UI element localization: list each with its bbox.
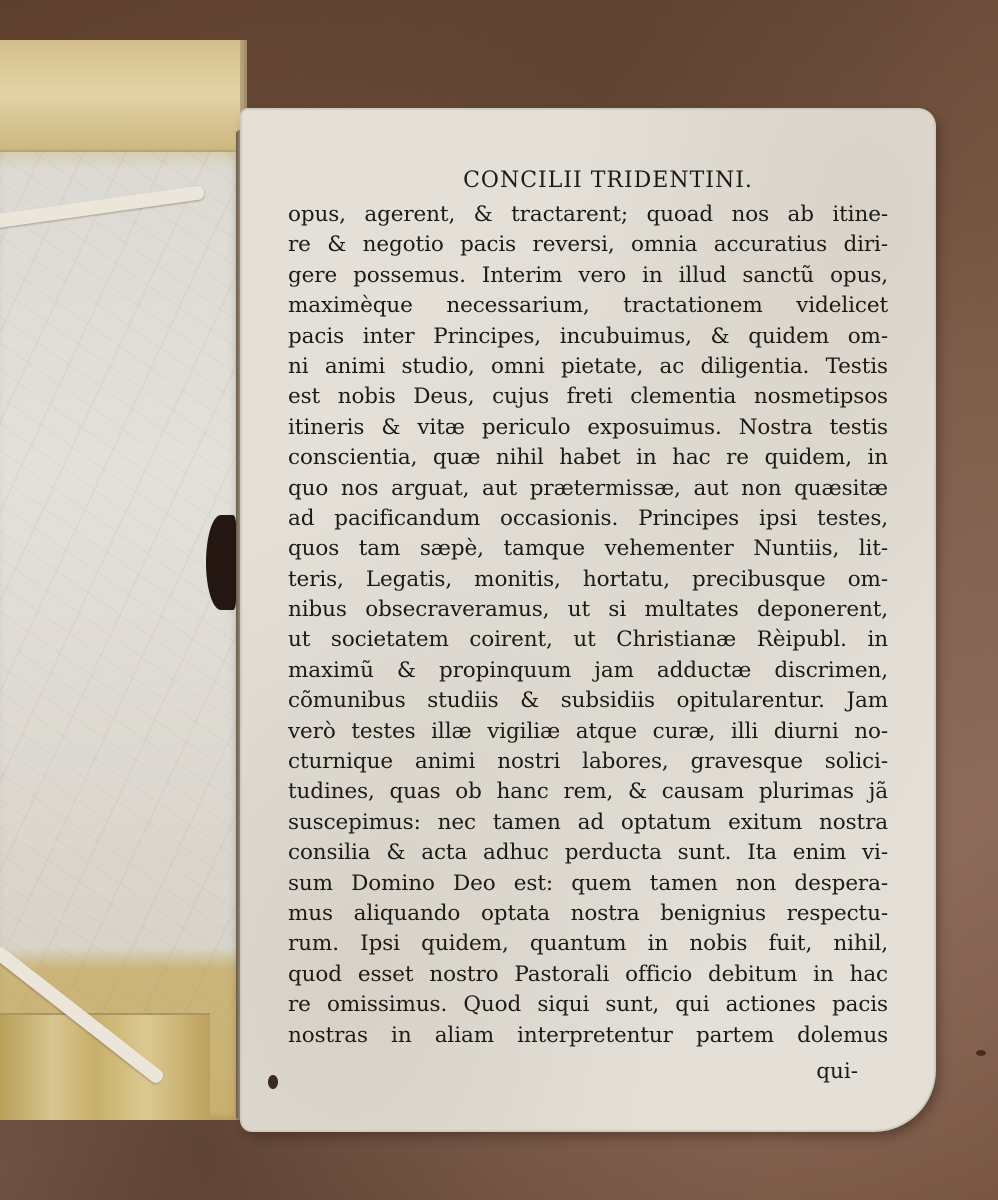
- text-line: maximũ & propinquum jam adductæ discrime…: [288, 656, 888, 686]
- text-block: CONCILII TRIDENTINI. opus, agerent, & tr…: [288, 166, 888, 1087]
- text-line: opus, agerent, & tractarent; quoad nos a…: [288, 200, 888, 230]
- text-line: rum. Ipsi quidem, quantum in nobis fuit,…: [288, 929, 888, 959]
- text-line: ad pacificandum occasionis. Principes ip…: [288, 504, 888, 534]
- text-line: pacis inter Principes, incubuimus, & qui…: [288, 322, 888, 352]
- text-line: maximèque necessarium, tractationem vide…: [288, 291, 888, 321]
- binding-hole: [206, 515, 236, 610]
- text-line: suscepimus: nec tamen ad optatum exitum …: [288, 808, 888, 838]
- text-line: sum Domino Deo est: quem tamen non despe…: [288, 869, 888, 899]
- worm-hole: [268, 1075, 278, 1089]
- text-line: consilia & acta adhuc perducta sunt. Ita…: [288, 838, 888, 868]
- text-line: verò testes illæ vigiliæ atque curæ, ill…: [288, 717, 888, 747]
- text-line: tudines, quas ob hanc rem, & causam plur…: [288, 777, 888, 807]
- text-line: itineris & vitæ periculo exposuimus. Nos…: [288, 413, 888, 443]
- text-line: teris, Legatis, monitis, hortatu, precib…: [288, 565, 888, 595]
- text-line: re & negotio pacis reversi, omnia accura…: [288, 230, 888, 260]
- ink-stain: [976, 1050, 986, 1056]
- vellum-texture: [0, 150, 240, 1015]
- text-line: quos tam sæpè, tamque vehementer Nuntiis…: [288, 534, 888, 564]
- text-line: nostras in aliam interpretentur partem d…: [288, 1021, 888, 1051]
- text-line: cõmunibus studiis & subsidiis opitularen…: [288, 686, 888, 716]
- running-head: CONCILII TRIDENTINI.: [288, 166, 888, 196]
- text-line: cturnique animi nostri labores, gravesqu…: [288, 747, 888, 777]
- text-line: quod esset nostro Pastorali officio debi…: [288, 960, 888, 990]
- text-line: conscientia, quæ nihil habet in hac re q…: [288, 443, 888, 473]
- catchword: qui-: [288, 1057, 888, 1087]
- text-line: ut societatem coirent, ut Christianæ Rèi…: [288, 625, 888, 655]
- cover-fold-top: [0, 40, 240, 152]
- text-line: nibus obsecraveramus, ut si multates dep…: [288, 595, 888, 625]
- text-line: ni animi studio, omni pietate, ac dilige…: [288, 352, 888, 382]
- text-line: re omissimus. Quod siqui sunt, qui actio…: [288, 990, 888, 1020]
- text-line: est nobis Deus, cujus freti clementia no…: [288, 382, 888, 412]
- text-line: mus aliquando optata nostra benignius re…: [288, 899, 888, 929]
- text-line: gere possemus. Interim vero in illud san…: [288, 261, 888, 291]
- text-line: quo nos arguat, aut prætermissæ, aut non…: [288, 474, 888, 504]
